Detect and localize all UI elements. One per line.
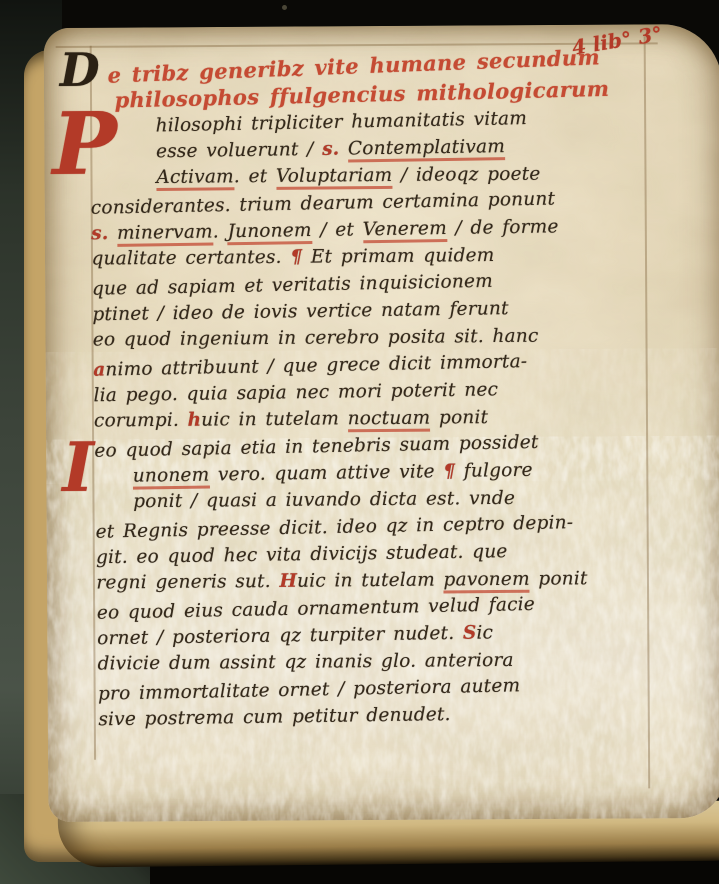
- text-segment: hilosophi tripliciter humanitatis vitam: [155, 108, 527, 136]
- text-segment: / ideoqz poete: [392, 164, 540, 186]
- rubricated-mark: s.: [322, 139, 340, 160]
- heading-initial-d: D: [60, 48, 100, 92]
- text-segment: git. eo quod hec vita divicijs studeat. …: [96, 541, 508, 568]
- text-block: hilosophi tripliciter humanitatis vitame…: [89, 104, 666, 733]
- red-underlined-word: Junonem: [227, 220, 312, 245]
- text-segment: ponit / quasi a iuvando dicta est. vnde: [133, 488, 515, 512]
- drop-cap-i: I: [62, 434, 94, 502]
- text-segment: que ad sapiam et veritatis inquisicionem: [92, 271, 493, 300]
- rubricated-mark: H: [279, 571, 297, 592]
- red-underlined-word: Voluptariam: [276, 165, 393, 190]
- red-underlined-word: Activam: [156, 166, 234, 191]
- text-segment: regni generis sut.: [96, 571, 279, 594]
- red-underlined-word: Venerem: [363, 218, 448, 243]
- text-segment: esse voluerunt /: [156, 139, 322, 162]
- text-segment: uic in tutelam: [201, 408, 348, 430]
- text-segment: lia pego. quia sapia nec mori poterit ne…: [93, 379, 498, 406]
- rubricated-mark: S: [463, 623, 477, 644]
- text-segment: qualitate certantes.: [91, 247, 290, 270]
- text-segment: pro immortalitate ornet / posteriora aut…: [98, 675, 521, 704]
- text-segment: vero. quam attive vite: [209, 461, 443, 485]
- rubricated-mark: s.: [91, 223, 109, 244]
- text-segment: sive postrema cum petitur denudet.: [98, 704, 451, 730]
- text-segment: [339, 138, 348, 159]
- text-segment: [108, 223, 117, 244]
- text-segment: corumpi.: [94, 410, 188, 432]
- text-segment: ornet / posteriora qz turpiter nudet.: [97, 623, 463, 649]
- rubricated-mark: ¶: [290, 247, 302, 268]
- red-underlined-word: Contemplativam: [348, 136, 505, 162]
- text-segment: divicie dum assint qz inanis glo. anteri…: [97, 650, 513, 675]
- text-segment: Et primam quidem: [302, 245, 494, 268]
- red-underlined-word: noctuam: [348, 408, 431, 433]
- text-segment: ptinet / ideo de iovis vertice natam fer…: [92, 298, 509, 325]
- text-segment: .: [213, 221, 228, 242]
- text-segment: ponit: [430, 407, 488, 429]
- red-underlined-word: pavonem: [443, 569, 529, 594]
- red-underlined-word: minervam: [117, 221, 213, 246]
- red-underlined-word: unonem: [133, 465, 210, 490]
- rubricated-mark: ¶: [443, 461, 455, 482]
- manuscript-photograph: 4 lib° 3° D e tribz generibz vite humane…: [0, 0, 719, 884]
- parchment-page: 4 lib° 3° D e tribz generibz vite humane…: [44, 24, 719, 822]
- dust-speck: [282, 5, 287, 10]
- text-segment: nimo attribuunt / que grece dicit immort…: [105, 351, 527, 380]
- rubricated-mark: a: [93, 360, 106, 381]
- text-segment: eo quod ingenium in cerebro posita sit. …: [93, 326, 539, 351]
- text-segment: fulgore: [455, 460, 533, 482]
- text-segment: / de forme: [447, 216, 559, 239]
- text-segment: ic: [476, 622, 493, 643]
- rubricated-mark: h: [188, 410, 202, 431]
- text-segment: . et: [234, 166, 276, 187]
- text-segment: uic in tutelam: [297, 569, 444, 591]
- text-segment: ponit: [530, 568, 588, 590]
- text-segment: / et: [312, 219, 363, 241]
